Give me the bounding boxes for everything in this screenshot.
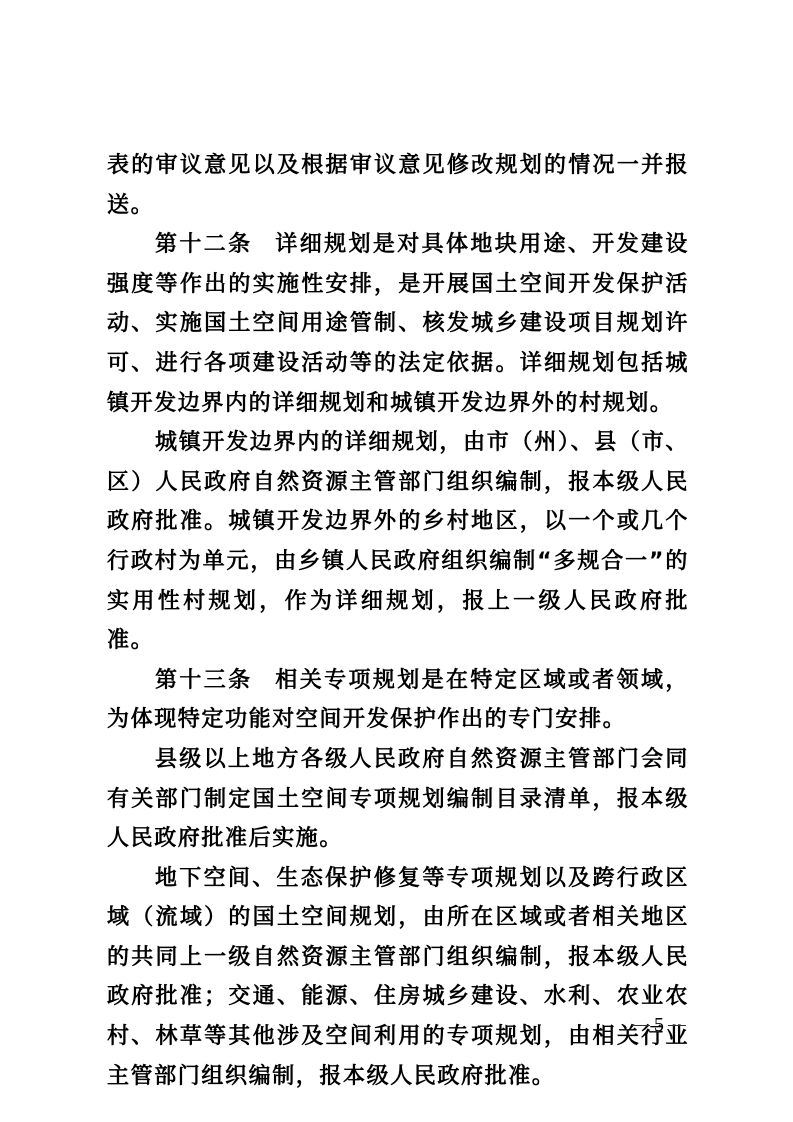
paragraph-text: 城镇开发边界内的详细规划，由市（州）、县（市、区）人民政府自然资源主管部门组织编… bbox=[107, 430, 689, 653]
paragraph-text: 县级以上地方各级人民政府自然资源主管部门会同有关部门制定国土空间专项规划编制目录… bbox=[107, 747, 689, 851]
article-number: 第十二条 bbox=[155, 232, 253, 257]
document-page: 表的审议意见以及根据审议意见修改规划的情况一并报送。 第十二条详细规划是对具体地… bbox=[107, 146, 689, 1096]
page-number-value: 5 bbox=[654, 1014, 664, 1037]
article-number: 第十三条 bbox=[155, 668, 253, 693]
paragraph-detailed-planning: 城镇开发边界内的详细规划，由市（州）、县（市、区）人民政府自然资源主管部门组织编… bbox=[107, 423, 689, 661]
page-number: 5 bbox=[632, 1014, 686, 1037]
paragraph-text: 地下空间、生态保护修复等专项规划以及跨行政区域（流域）的国土空间规划，由所在区域… bbox=[107, 866, 689, 1089]
page-number-dash-right bbox=[668, 1025, 686, 1026]
paragraph-text: 表的审议意见以及根据审议意见修改规划的情况一并报送。 bbox=[107, 153, 689, 218]
paragraph-special-plan-catalog: 县级以上地方各级人民政府自然资源主管部门会同有关部门制定国土空间专项规划编制目录… bbox=[107, 740, 689, 859]
paragraph-text: 详细规划是对具体地块用途、开发建设强度等作出的实施性安排，是开展国土空间开发保护… bbox=[107, 232, 689, 415]
page-number-dash-left bbox=[632, 1025, 650, 1026]
article-13-paragraph: 第十三条相关专项规划是在特定区域或者领域，为体现特定功能对空间开发保护作出的专门… bbox=[107, 661, 689, 740]
article-12-paragraph: 第十二条详细规划是对具体地块用途、开发建设强度等作出的实施性安排，是开展国土空间… bbox=[107, 225, 689, 423]
paragraph-special-plan-compilation: 地下空间、生态保护修复等专项规划以及跨行政区域（流域）的国土空间规划，由所在区域… bbox=[107, 859, 689, 1097]
paragraph-continuation: 表的审议意见以及根据审议意见修改规划的情况一并报送。 bbox=[107, 146, 689, 225]
